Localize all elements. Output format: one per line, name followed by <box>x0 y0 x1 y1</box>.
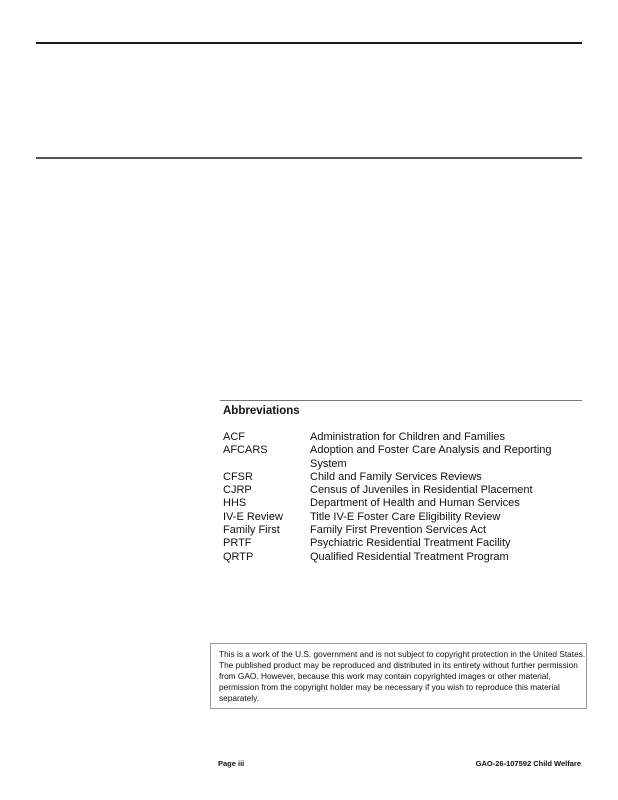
abbreviation-row: HHSDepartment of Health and Human Servic… <box>223 497 582 510</box>
abbreviation-row: QRTPQualified Residential Treatment Prog… <box>223 551 582 564</box>
abbreviation-definition: Child and Family Services Reviews <box>310 471 582 484</box>
abbreviations-list: ACFAdministration for Children and Famil… <box>223 431 582 564</box>
abbreviation-definition: Administration for Children and Families <box>310 431 582 444</box>
abbreviation-definition: Family First Prevention Services Act <box>310 524 582 537</box>
abbreviation-term: Family First <box>223 524 310 537</box>
abbreviation-definition: Adoption and Foster Care Analysis and Re… <box>310 444 582 471</box>
divider-rule <box>36 157 582 159</box>
abbreviation-term: QRTP <box>223 551 310 564</box>
abbreviation-row: CFSRChild and Family Services Reviews <box>223 471 582 484</box>
abbreviation-term: PRTF <box>223 537 310 550</box>
abbreviation-row: Family FirstFamily First Prevention Serv… <box>223 524 582 537</box>
abbreviation-term: ACF <box>223 431 310 444</box>
abbreviation-definition: Title IV-E Foster Care Eligibility Revie… <box>310 511 582 524</box>
abbreviations-section: Abbreviations ACFAdministration for Chil… <box>220 400 582 564</box>
abbreviation-term: HHS <box>223 497 310 510</box>
abbreviation-row: IV-E ReviewTitle IV-E Foster Care Eligib… <box>223 511 582 524</box>
abbreviation-definition: Qualified Residential Treatment Program <box>310 551 582 564</box>
abbreviation-row: PRTFPsychiatric Residential Treatment Fa… <box>223 537 582 550</box>
abbreviation-term: AFCARS <box>223 444 310 471</box>
abbreviation-term: IV-E Review <box>223 511 310 524</box>
top-rule <box>36 42 582 44</box>
abbreviation-definition: Census of Juveniles in Residential Place… <box>310 484 582 497</box>
page-number: Page iii <box>218 759 244 768</box>
abbreviation-row: AFCARSAdoption and Foster Care Analysis … <box>223 444 582 471</box>
report-id: GAO-26-107592 Child Welfare <box>476 759 581 768</box>
abbreviations-title: Abbreviations <box>223 405 582 417</box>
abbreviation-row: ACFAdministration for Children and Famil… <box>223 431 582 444</box>
abbreviation-term: CFSR <box>223 471 310 484</box>
abbreviation-definition: Department of Health and Human Services <box>310 497 582 510</box>
copyright-notice: This is a work of the U.S. government an… <box>210 643 587 709</box>
abbreviation-definition: Psychiatric Residential Treatment Facili… <box>310 537 582 550</box>
abbreviations-rule <box>220 400 582 401</box>
abbreviation-row: CJRPCensus of Juveniles in Residential P… <box>223 484 582 497</box>
abbreviation-term: CJRP <box>223 484 310 497</box>
